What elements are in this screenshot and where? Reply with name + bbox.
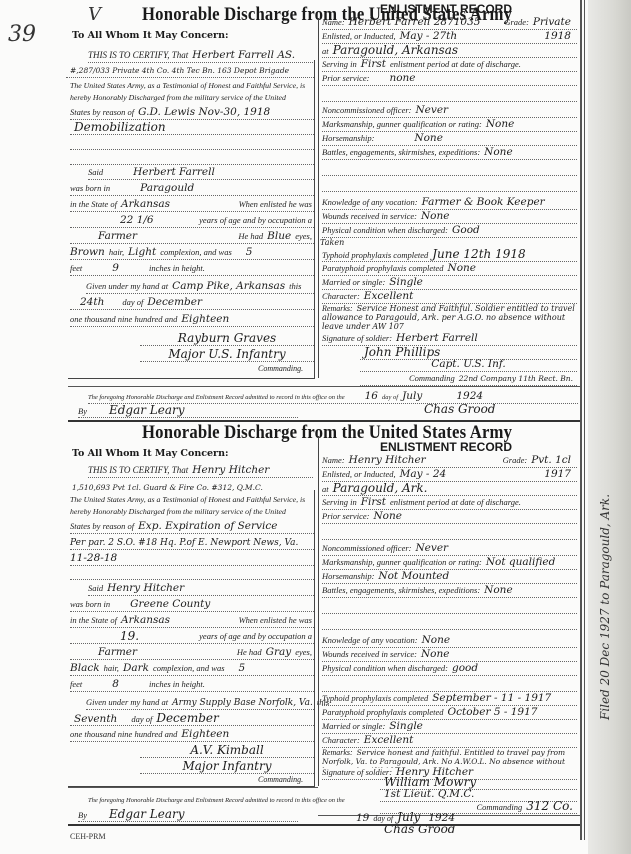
nco-label: Noncommissioned officer: (322, 105, 411, 115)
testimonial-text: The United States Army, as a Testimonial… (70, 80, 312, 104)
by-label: By (78, 406, 87, 416)
given-label: Given under my hand at (86, 697, 168, 707)
remarks-label: Remarks: (322, 748, 353, 757)
given-month: December (156, 711, 218, 725)
character-label: Character: (322, 291, 360, 301)
typhoid-line: Typhoid prophylaxis completedJune 12th 1… (322, 248, 577, 262)
given-year-line: one thousand nine hundred andEighteen (70, 728, 314, 742)
unit-line: #,287/033 Private 4th Co. 4th Tec Bn. 16… (66, 64, 314, 78)
commander-title: Major U.S. Infantry (168, 347, 285, 361)
nco-line: Noncommissioned officer:Never (322, 104, 577, 118)
paratyphoid: None (448, 262, 477, 274)
certify-line: THIS IS TO CERTIFY, ThatHenry Hitcher (88, 464, 313, 478)
right-border-line-inner (584, 0, 585, 840)
name-label: Name: (322, 455, 345, 465)
battles-label: Battles, engagements, skirmishes, expedi… (322, 147, 480, 157)
nco: Never (415, 104, 448, 116)
recorded-day-label: day of (382, 394, 398, 401)
commander-title-line: Major Infantry (140, 760, 314, 774)
hair-label: hair, (104, 663, 119, 673)
remarks-label: Remarks: (322, 304, 353, 313)
height-inches: 8 (112, 678, 119, 690)
soldier-signature-line: Signature of soldier:Herbert Farrell (322, 332, 577, 346)
given-line: Given under my hand atArmy Supply Base N… (86, 696, 314, 710)
this-label: this (289, 281, 301, 291)
enlisted-date: May - 24 (400, 468, 447, 480)
enlisted-label: Enlisted, or Inducted, (322, 469, 396, 479)
serving-label: Serving in (322, 59, 357, 69)
vocation: None (422, 634, 451, 646)
occupation-line: FarmerHe hadGrayeyes, (70, 646, 314, 660)
paratyphoid-line: Paratyphoid prophylaxis completedNone (322, 262, 577, 276)
battles-line: Battles, engagements, skirmishes, expedi… (322, 584, 577, 598)
age: 22 1/6 (120, 214, 154, 226)
blank-line (70, 566, 314, 580)
certify-label: THIS IS TO CERTIFY, That (88, 465, 188, 475)
serving: First (361, 496, 386, 508)
enlisted-line: Enlisted, or Inducted,May - 27th1918 (322, 30, 577, 44)
serving-label: Serving in (322, 497, 357, 507)
born-line: was born inGreene County (70, 598, 314, 612)
day-of-label: day of (122, 297, 143, 307)
physical-label: Physical condition when discharged: (322, 663, 448, 673)
wounds-line: Wounds received in service:None (322, 648, 577, 662)
height-line: feet8inches in height. (70, 678, 314, 692)
commanding-label: Commanding. (258, 364, 303, 373)
inches-label: inches in height. (149, 263, 205, 273)
given-place: Army Supply Base Norfolk, Va. (172, 698, 313, 708)
occupation: Farmer (98, 646, 137, 658)
state-label: in the State of (70, 615, 117, 625)
given-year: Eighteen (181, 313, 229, 325)
enlisted-age-label: When enlisted he was (239, 198, 312, 211)
nco-line: Noncommissioned officer:Never (322, 542, 577, 556)
height-feet: 5 (246, 246, 253, 258)
complexion-label: complexion, and was (153, 663, 225, 673)
vocation-line: Knowledge of any vocation:Farmer & Book … (322, 196, 577, 210)
commander-signature-line: Rayburn Graves (140, 332, 314, 346)
blank-line (322, 88, 577, 102)
recorded-line: The foregoing Honorable Discharge and En… (88, 794, 578, 807)
recorded-by: Edgar Leary (109, 807, 185, 821)
enlistment-record-header: ENLISTMENT RECORD (380, 440, 512, 454)
recorded-label: The foregoing Honorable Discharge and En… (88, 394, 345, 401)
married-label: Married or single: (322, 277, 385, 287)
born-in: Paragould (140, 182, 194, 194)
born-in: Greene County (130, 598, 210, 610)
blank-line (70, 151, 314, 165)
unit-line: 1,510,693 Pvt 1cl. Guard & Fire Co. #312… (68, 477, 314, 491)
marksmanship-label: Marksmanship, gunner qualification or ra… (322, 557, 482, 567)
state: Arkansas (121, 198, 170, 210)
typhoid-note: Taken (320, 238, 344, 247)
age: 19. (120, 629, 139, 643)
blank-line (322, 526, 577, 540)
at-place: Paragould, Ark. (333, 481, 428, 495)
given-place: Camp Pike, Arkansas (172, 280, 285, 292)
given-day-line: Seventhday ofDecember (70, 712, 314, 726)
paratyphoid: October 5 - 1917 (448, 706, 538, 718)
height-feet: 5 (239, 662, 246, 674)
reason-line-3 (70, 136, 314, 150)
prior-label: Prior service: (322, 73, 369, 83)
enlisted-label: Enlisted, or Inducted, (322, 31, 396, 41)
vocation-line: Knowledge of any vocation:None (322, 634, 577, 648)
reason-line-2: Per par. 2 S.O. #18 Hq. P.of E. Newport … (70, 536, 314, 550)
remarks: Service Honest and Faithful. Soldier ent… (322, 304, 575, 331)
given-month: December (147, 296, 202, 308)
salutation: To All Whom It May Concern: (72, 30, 228, 41)
eye-color: Blue (267, 230, 291, 242)
by-label: By (78, 810, 87, 820)
marksmanship: Not qualified (486, 556, 555, 568)
born-label: was born in (70, 599, 110, 609)
section-divider (68, 386, 580, 387)
height-line: feet9inches in height. (70, 262, 314, 276)
hair-line: Brownhair,Lightcomplexion, and was5 (70, 246, 314, 260)
officer-title: Capt. U.S. Inf. (431, 358, 505, 370)
nco: Never (415, 542, 448, 554)
page-number: 39 (8, 22, 36, 47)
enlistee-name: Henry Hitcher (349, 454, 426, 466)
by-line: ByEdgar Leary (78, 404, 298, 418)
discharge-reason-3: 11-28-18 (70, 552, 117, 564)
recorded-day: 19 (356, 812, 369, 824)
commander-signature: Rayburn Graves (178, 331, 276, 345)
unit-text: #,287/033 Private 4th Co. 4th Tec Bn. 16… (70, 66, 289, 75)
name-line: Name:Herbert Farrell 2871035Grade:Privat… (322, 16, 577, 30)
character: Excellent (364, 290, 414, 302)
given-day: Seventh (74, 713, 117, 725)
given-year: Eighteen (181, 728, 229, 740)
nco-label: Noncommissioned officer: (322, 543, 411, 553)
horsemanship-line: Horsemanship:None (322, 132, 577, 146)
given-day: 24th (80, 296, 104, 308)
feet-label: feet (70, 263, 82, 273)
complexion-label: complexion, and was (160, 247, 232, 257)
horsemanship-line: Horsemanship:Not Mounted (322, 570, 577, 584)
vocation: Farmer & Book Keeper (422, 196, 545, 208)
recorded-day: 16 (365, 390, 378, 402)
certify-label: THIS IS TO CERTIFY, That (88, 50, 188, 60)
enlistment-record-header: ENLISTMENT RECORD (380, 2, 512, 16)
soldier-name: Henry Hitcher (192, 464, 269, 476)
given-line: Given under my hand atCamp Pike, Arkansa… (86, 280, 314, 294)
character-label: Character: (322, 735, 360, 745)
serving-line: Serving inFirstenlistment period at date… (322, 58, 577, 72)
blank-line (322, 678, 577, 692)
commanding-label: Commanding (409, 373, 455, 383)
prior-line: Prior service:none (322, 72, 577, 86)
horsemanship: None (414, 132, 443, 144)
footer-code: CEH-PRM (70, 832, 106, 841)
typhoid-label: Typhoid prophylaxis completed (322, 250, 428, 260)
wounds-line: Wounds received in service:None (322, 210, 577, 224)
paratyphoid-line: Paratyphoid prophylaxis completedOctober… (322, 706, 577, 720)
commanding-unit: 22nd Company 11th Rect. Bn. (459, 374, 573, 383)
state: Arkansas (121, 614, 170, 626)
at-place: Paragould, Arkansas (333, 43, 458, 57)
given-day-line: 24thday ofDecember (70, 296, 314, 310)
soldier-name: Herbert Farrell AS. (192, 49, 295, 61)
eyes-label: He had (238, 231, 263, 241)
serving-line: Serving inFirstenlistment period at date… (322, 496, 577, 510)
at-line: atParagould, Arkansas (322, 44, 577, 58)
commander-title: Major Infantry (182, 759, 271, 773)
hair-color: Black (70, 662, 100, 674)
typhoid-line: Typhoid prophylaxis completedSeptember -… (322, 692, 577, 706)
physical-condition: good (452, 662, 478, 674)
hair-label: hair, (109, 247, 124, 257)
grade: Pvt. 1cl (531, 454, 571, 466)
married: Single (389, 720, 423, 732)
eyes-label: He had (237, 647, 262, 657)
year-label: one thousand nine hundred and (70, 729, 177, 739)
section-divider (68, 787, 318, 788)
discharge-reason: Exp. Expiration of Service (138, 520, 277, 532)
married-line: Married or single:Single (322, 720, 577, 734)
paratyphoid-label: Paratyphoid prophylaxis completed (322, 263, 444, 273)
at-label: at (322, 46, 329, 56)
serving-suffix: enlistment period at date of discharge. (390, 497, 521, 507)
discharge-reason: G.D. Lewis Nov-30, 1918 (138, 106, 270, 118)
character-line: Character:Excellent (322, 734, 577, 748)
vocation-label: Knowledge of any vocation: (322, 197, 418, 207)
typhoid-date: June 12th 1918 (432, 247, 525, 261)
enlisted-year: 1917 (544, 468, 571, 481)
given-label: Given under my hand at (86, 281, 168, 291)
salutation: To All Whom It May Concern: (72, 448, 228, 459)
reason-label: States by reason of (70, 521, 134, 531)
reason-line-2: Demobilization (70, 121, 314, 135)
signature-label: Signature of soldier: (322, 333, 392, 343)
at-label: at (322, 484, 329, 494)
occupation: Farmer (98, 230, 137, 242)
soldier-signature: Herbert Farrell (396, 332, 478, 344)
battles-line: Battles, engagements, skirmishes, expedi… (322, 146, 577, 160)
said-line: SaidHerbert Farrell (88, 166, 314, 180)
wounds-label: Wounds received in service: (322, 649, 417, 659)
grade-label: Grade: (504, 17, 529, 27)
state-label: in the State of (70, 199, 117, 209)
inches-label: inches in height. (149, 679, 205, 689)
physical-condition: Good (452, 224, 480, 236)
enlisted-date: May - 27th (400, 30, 458, 42)
hair-line: Blackhair,Darkcomplexion, and was5 (70, 662, 314, 676)
prior-label: Prior service: (322, 511, 369, 521)
commander-signature: A.V. Kimball (190, 743, 263, 757)
character-line: Character:Excellent (322, 290, 577, 304)
complexion: Light (128, 246, 156, 258)
enlisted-year: 1918 (544, 30, 571, 43)
at-line: atParagould, Ark. (322, 482, 577, 496)
remarks-block: Remarks:Service honest and faithful. Ent… (322, 748, 577, 768)
vocation-label: Knowledge of any vocation: (322, 635, 418, 645)
marksmanship-label: Marksmanship, gunner qualification or ra… (322, 119, 482, 129)
name-line: Name:Henry HitcherGrade:Pvt. 1cl (322, 454, 577, 468)
physical-line: Physical condition when discharged:good (322, 662, 577, 676)
occupation-line: FarmerHe hadBlueeyes, (70, 230, 314, 244)
commanding-line: Commanding22nd Company 11th Rect. Bn. (360, 372, 577, 386)
record-separator (68, 824, 580, 826)
enlisted-age-label: When enlisted he was (239, 614, 312, 627)
commander-signature-line: A.V. Kimball (140, 744, 314, 758)
officer-signature: William Mowry (384, 775, 476, 789)
clerk-signature: Chas Grood (424, 402, 496, 416)
age-line: 19.years of age and by occupation a (70, 630, 314, 644)
prior-service: None (373, 510, 402, 522)
feet-label: feet (70, 679, 82, 689)
battles: None (484, 584, 513, 596)
reason-label: States by reason of (70, 107, 134, 117)
height-inches: 9 (112, 262, 119, 274)
physical-line: Physical condition when discharged:Good (322, 224, 577, 238)
marksmanship-line: Marksmanship, gunner qualification or ra… (322, 118, 577, 132)
marksmanship: None (486, 118, 515, 130)
wounds: None (421, 210, 450, 222)
age-line: 22 1/6years of age and by occupation a (70, 214, 314, 228)
given-year-line: one thousand nine hundred andEighteen (70, 313, 314, 327)
recorded-month: July (402, 390, 422, 402)
wounds: None (421, 648, 450, 660)
state-line: in the State ofArkansasWhen enlisted he … (70, 614, 314, 628)
horsemanship-label: Horsemanship: (322, 571, 374, 581)
enlisted-line: Enlisted, or Inducted,May - 241917 (322, 468, 577, 482)
blank-line (322, 162, 577, 176)
unit-text: 1,510,693 Pvt 1cl. Guard & Fire Co. #312… (72, 483, 263, 492)
grade-label: Grade: (503, 455, 528, 465)
recorded-by: Edgar Leary (109, 403, 185, 417)
name-label: Name: (322, 17, 345, 27)
battles: None (484, 146, 513, 158)
recorded-label: The foregoing Honorable Discharge and En… (88, 797, 345, 804)
born-line: was born inParagould (70, 182, 314, 196)
scanned-document-page: 39 V Filed 20 Dec 1927 to Paragould, Ark… (0, 0, 631, 854)
commander-title-line: Major U.S. Infantry (140, 348, 314, 362)
typhoid-label: Typhoid prophylaxis completed (322, 693, 428, 703)
eye-color: Gray (266, 646, 292, 658)
reason-line-3: 11-28-18 (70, 552, 314, 566)
margin-check-mark: V (88, 4, 101, 25)
officer-signature: John Phillips (364, 345, 440, 359)
married-line: Married or single:Single (322, 276, 577, 290)
physical-label: Physical condition when discharged: (322, 225, 448, 235)
discharge-reason-2: Demobilization (74, 120, 166, 134)
by-line: ByEdgar Leary (78, 808, 298, 822)
horsemanship: Not Mounted (378, 570, 449, 582)
age-label: years of age and by occupation a (199, 214, 312, 227)
reason-line: States by reason ofG.D. Lewis Nov-30, 19… (70, 106, 314, 120)
said-name: Herbert Farrell (133, 166, 215, 178)
state-line: in the State ofArkansasWhen enlisted he … (70, 198, 314, 212)
said-label: Said (88, 167, 103, 177)
enlistee-name: Herbert Farrell 2871035 (349, 16, 481, 28)
battles-label: Battles, engagements, skirmishes, expedi… (322, 585, 480, 595)
eyes-suffix: eyes, (295, 231, 312, 241)
hair-color: Brown (70, 246, 105, 258)
prior-service: none (389, 72, 415, 84)
serving: First (361, 58, 386, 70)
married: Single (389, 276, 423, 288)
serving-suffix: enlistment period at date of discharge. (390, 59, 521, 69)
complexion: Dark (123, 662, 149, 674)
discharge-reason-2: Per par. 2 S.O. #18 Hq. P.of E. Newport … (70, 538, 298, 548)
day-of-label: day of (131, 714, 152, 724)
said-label: Said (88, 583, 103, 593)
blank-line (322, 600, 577, 614)
grade: Private (533, 16, 571, 28)
remarks-block: Remarks:Service Honest and Faithful. Sol… (322, 304, 577, 332)
said-name: Henry Hitcher (107, 582, 184, 594)
age-label: years of age and by occupation a (199, 630, 312, 643)
margin-vertical-note: Filed 20 Dec 1927 to Paragould, Ark. (598, 420, 618, 720)
typhoid-date: September - 11 - 1917 (432, 692, 551, 704)
prior-line: Prior service:None (322, 510, 577, 524)
said-line: SaidHenry Hitcher (88, 582, 314, 596)
eyes-suffix: eyes, (295, 647, 312, 657)
officer-title-line: Capt. U.S. Inf. (360, 358, 577, 372)
year-label: one thousand nine hundred and (70, 314, 177, 324)
recorded-line: The foregoing Honorable Discharge and En… (88, 390, 578, 404)
marksmanship-line: Marksmanship, gunner qualification or ra… (322, 556, 577, 570)
recorded-year: 1924 (456, 390, 483, 402)
wounds-label: Wounds received in service: (322, 211, 417, 221)
born-label: was born in (70, 183, 110, 193)
horsemanship-label: Horsemanship: (322, 133, 374, 143)
married-label: Married or single: (322, 721, 385, 731)
character: Excellent (364, 734, 414, 746)
testimonial-text: The United States Army, as a Testimonial… (70, 494, 312, 518)
blank-line (322, 178, 577, 192)
certify-line: THIS IS TO CERTIFY, ThatHerbert Farrell … (88, 49, 313, 63)
paratyphoid-label: Paratyphoid prophylaxis completed (322, 707, 444, 717)
reason-line: States by reason ofExp. Expiration of Se… (70, 520, 314, 534)
commanding-label: Commanding. (258, 775, 303, 784)
blank-line (322, 616, 577, 630)
remarks: Service honest and faithful. Entitled to… (322, 748, 565, 768)
